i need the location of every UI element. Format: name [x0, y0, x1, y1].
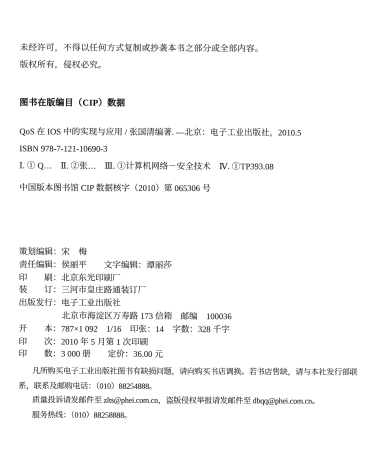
- publishing-row-label: 策划编辑：: [19, 246, 62, 256]
- quality-complaint-note: 质量投诉请发邮件至 zlts@phei.com.cn，盗版侵权举报请发邮件至 d…: [18, 394, 370, 410]
- publishing-row-planning-editor: 策划编辑：宋 梅: [19, 245, 361, 259]
- publishing-row-value: 787×1 092 1/16 印张：14 字数：328 千字: [61, 323, 230, 334]
- cip-data-block: QoS 在 IOS 中的实现与应用 / 张国清编著. —北京：电子工业出版社，2…: [19, 123, 361, 175]
- cip-record-line: 中国版本图书馆 CIP 数据核字（2010）第 065306 号: [19, 181, 361, 194]
- publishing-row-format: 开 本：787×1 092 1/16 印张：14 字数：328 千字: [19, 322, 361, 336]
- publishing-row-value: 北京东光印刷厂: [61, 272, 121, 282]
- reader-service-block: 凡所购买电子工业出版社图书有缺损问题，请向购买书店调换。若书店售缺，请与本社发行…: [18, 364, 370, 424]
- page-root: { "page": { "background": "#ffffff", "in…: [0, 0, 375, 468]
- copyright-page: 未经许可，不得以任何方式复制或抄袭本书之部分或全部内容。 版权所有，侵权必究。 …: [0, 0, 375, 468]
- copyright-notice-line-1: 未经许可，不得以任何方式复制或抄袭本书之部分或全部内容。: [20, 39, 362, 57]
- cip-heading: 图书在版编目（CIP）数据: [20, 96, 362, 109]
- publishing-row-label: 责任编辑：: [19, 259, 62, 269]
- cip-classification-line: Ⅰ. ① Q… Ⅱ. ②张… Ⅲ. ①计算机网络－安全技术 Ⅳ. ①TP393.…: [19, 157, 361, 175]
- publishing-row-value: 3 000 册 定价：36.00 元: [61, 349, 163, 359]
- publishing-row-responsible-editor: 责任编辑：侯丽平 文字编辑：谭丽莎: [19, 258, 361, 272]
- cip-isbn-line: ISBN 978-7-121-10690-3: [19, 140, 361, 158]
- publishing-row-value: 北京市海淀区万寿路 173 信箱 邮编 100036: [62, 310, 232, 321]
- publishing-row-label: 开 本：: [19, 323, 62, 333]
- publishing-row-label: 印 刷：: [19, 272, 62, 282]
- publishing-row-value: 宋 梅: [61, 246, 87, 256]
- publishing-row-publisher-address: 北京市海淀区万寿路 173 信箱 邮编 100036: [19, 309, 361, 323]
- publishing-row-value: 电子工业出版社: [61, 298, 121, 308]
- publishing-row-label: 印 次：: [19, 336, 62, 346]
- cip-title-line: QoS 在 IOS 中的实现与应用 / 张国清编著. —北京：电子工业出版社，2…: [19, 123, 361, 141]
- service-hotline: 服务热线：（010）88258888。: [18, 408, 370, 424]
- publishing-row-value: 三河市皇庄路通装订厂: [61, 285, 146, 295]
- copyright-notice: 未经许可，不得以任何方式复制或抄袭本书之部分或全部内容。 版权所有，侵权必究。: [20, 39, 362, 74]
- purchase-note: 凡所购买电子工业出版社图书有缺损问题，请向购买书店调换。若书店售缺，请与本社发行…: [18, 364, 370, 395]
- publishing-row-label: 装 订：: [19, 285, 62, 295]
- publishing-row-label: 印 数：: [18, 349, 61, 359]
- publishing-row-copies-price: 印 数：3 000 册 定价：36.00 元: [18, 348, 360, 362]
- copyright-notice-line-2: 版权所有，侵权必究。: [20, 56, 362, 74]
- publishing-row-value: 侯丽平 文字编辑：谭丽莎: [61, 259, 172, 269]
- publishing-row-value: 2010 年 5 月第 1 次印刷: [61, 336, 148, 346]
- publishing-row-label: 出版发行：: [19, 297, 62, 307]
- publishing-info-block: 策划编辑：宋 梅 责任编辑：侯丽平 文字编辑：谭丽莎 印 刷：北京东光印刷厂 装…: [18, 245, 360, 362]
